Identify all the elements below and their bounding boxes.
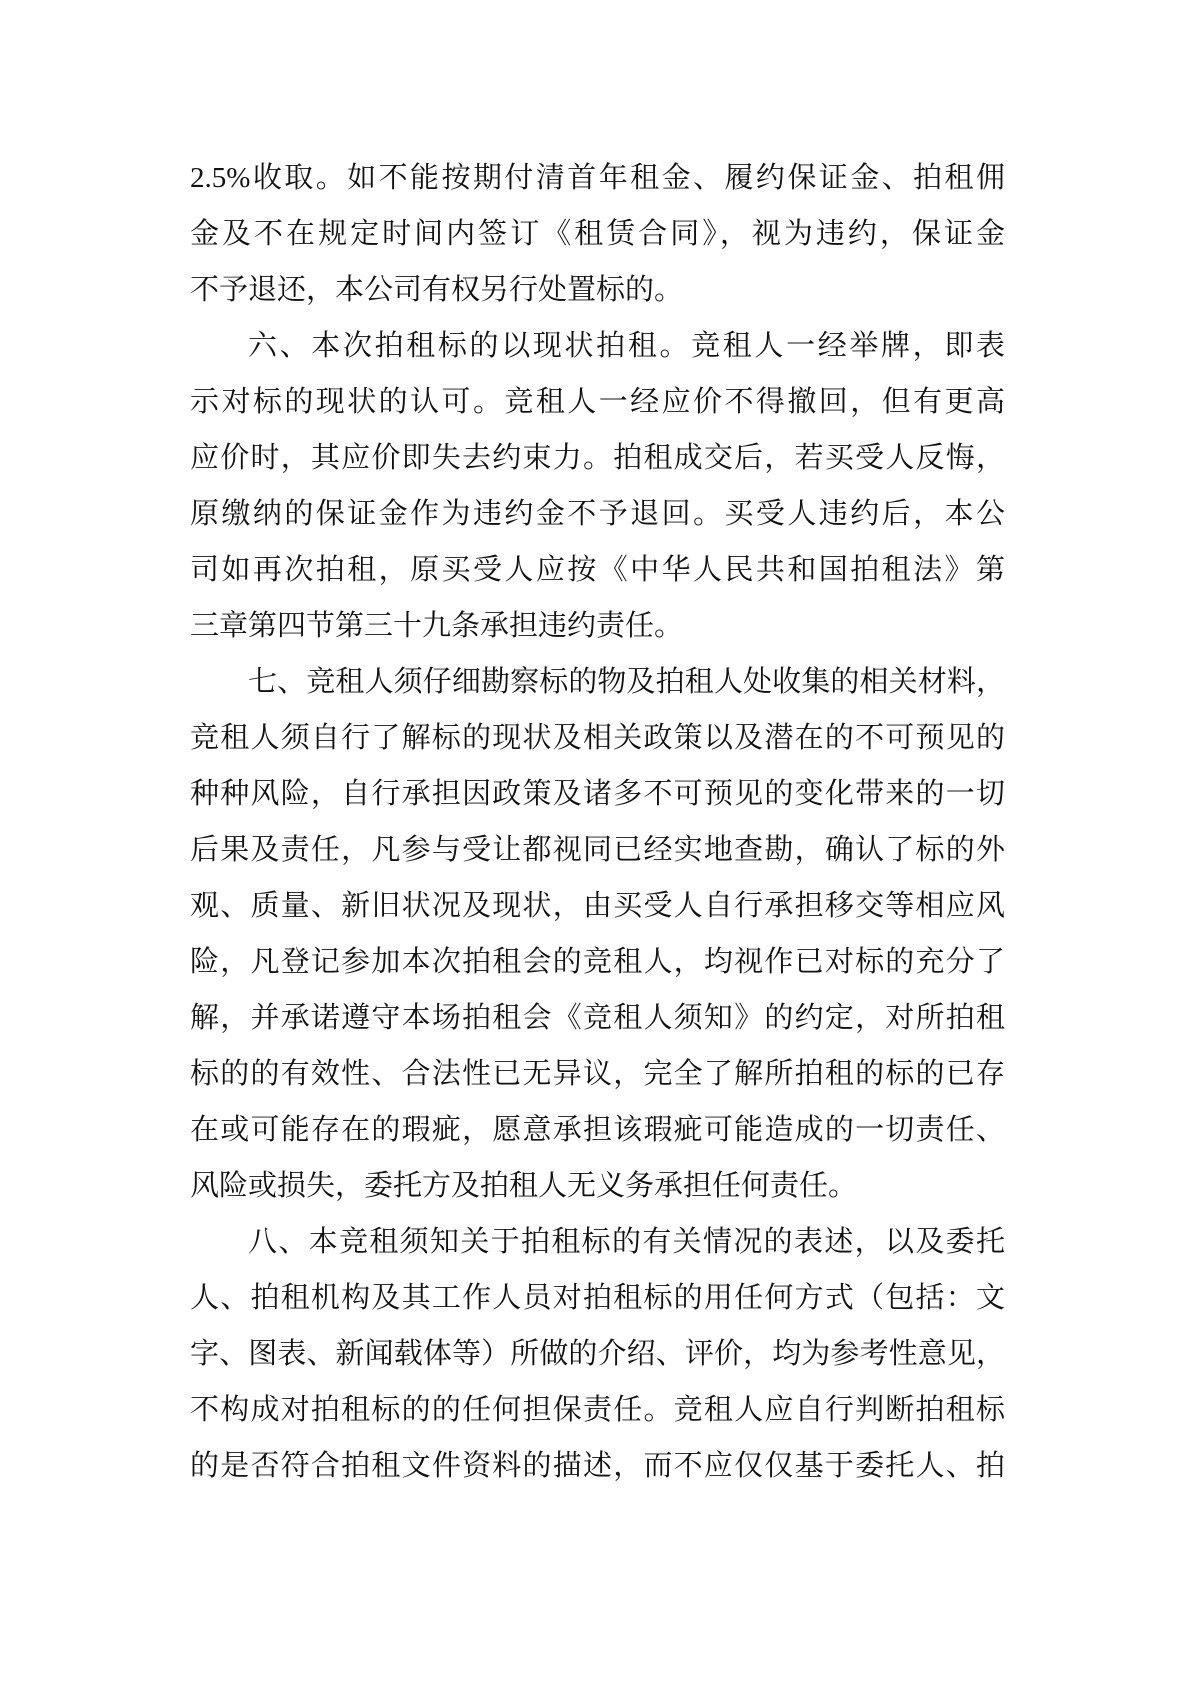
text-line: 观、质量、新旧状况及现状，由买受人自行承担移交等相应风 bbox=[190, 878, 1005, 934]
text-line: 的是否符合拍租文件资料的描述，而不应仅仅基于委托人、拍 bbox=[190, 1438, 1005, 1494]
document-body-text: 2.5%收取。如不能按期付清首年租金、履约保证金、拍租佣金及不在规定时间内签订《… bbox=[190, 150, 1005, 1494]
text-line: 字、图表、新闻载体等）所做的介绍、评价，均为参考性意见， bbox=[190, 1326, 1005, 1382]
text-line: 竞租人须自行了解标的现状及相关政策以及潜在的不可预见的 bbox=[190, 710, 1005, 766]
document-page: 2.5%收取。如不能按期付清首年租金、履约保证金、拍租佣金及不在规定时间内签订《… bbox=[0, 0, 1190, 1683]
text-line: 标的的有效性、合法性已无异议，完全了解所拍租的标的已存 bbox=[190, 1046, 1005, 1102]
text-line: 金及不在规定时间内签订《租赁合同》，视为违约，保证金 bbox=[190, 206, 1005, 262]
text-line: 在或可能存在的瑕疵，愿意承担该瑕疵可能造成的一切责任、 bbox=[190, 1102, 1005, 1158]
text-line: 七、竞租人须仔细勘察标的物及拍租人处收集的相关材料， bbox=[190, 654, 1005, 710]
text-line: 不予退还，本公司有权另行处置标的。 bbox=[190, 262, 1005, 318]
text-line: 解，并承诺遵守本场拍租会《竞租人须知》的约定，对所拍租 bbox=[190, 990, 1005, 1046]
text-line: 不构成对拍租标的的任何担保责任。竞租人应自行判断拍租标 bbox=[190, 1382, 1005, 1438]
text-line: 司如再次拍租，原买受人应按《中华人民共和国拍租法》第 bbox=[190, 542, 1005, 598]
text-line: 八、本竞租须知关于拍租标的有关情况的表述，以及委托 bbox=[190, 1214, 1005, 1270]
text-line: 2.5%收取。如不能按期付清首年租金、履约保证金、拍租佣 bbox=[190, 150, 1005, 206]
text-line: 种种风险，自行承担因政策及诸多不可预见的变化带来的一切 bbox=[190, 766, 1005, 822]
text-line: 险，凡登记参加本次拍租会的竞租人，均视作已对标的充分了 bbox=[190, 934, 1005, 990]
text-line: 示对标的现状的认可。竞租人一经应价不得撤回，但有更高 bbox=[190, 374, 1005, 430]
text-line: 风险或损失，委托方及拍租人无义务承担任何责任。 bbox=[190, 1158, 1005, 1214]
text-line: 原缴纳的保证金作为违约金不予退回。买受人违约后，本公 bbox=[190, 486, 1005, 542]
text-line: 三章第四节第三十九条承担违约责任。 bbox=[190, 598, 1005, 654]
text-line: 六、本次拍租标的以现状拍租。竞租人一经举牌，即表 bbox=[190, 318, 1005, 374]
text-line: 人、拍租机构及其工作人员对拍租标的用任何方式（包括：文 bbox=[190, 1270, 1005, 1326]
text-line: 应价时，其应价即失去约束力。拍租成交后，若买受人反悔， bbox=[190, 430, 1005, 486]
text-line: 后果及责任，凡参与受让都视同已经实地查勘，确认了标的外 bbox=[190, 822, 1005, 878]
